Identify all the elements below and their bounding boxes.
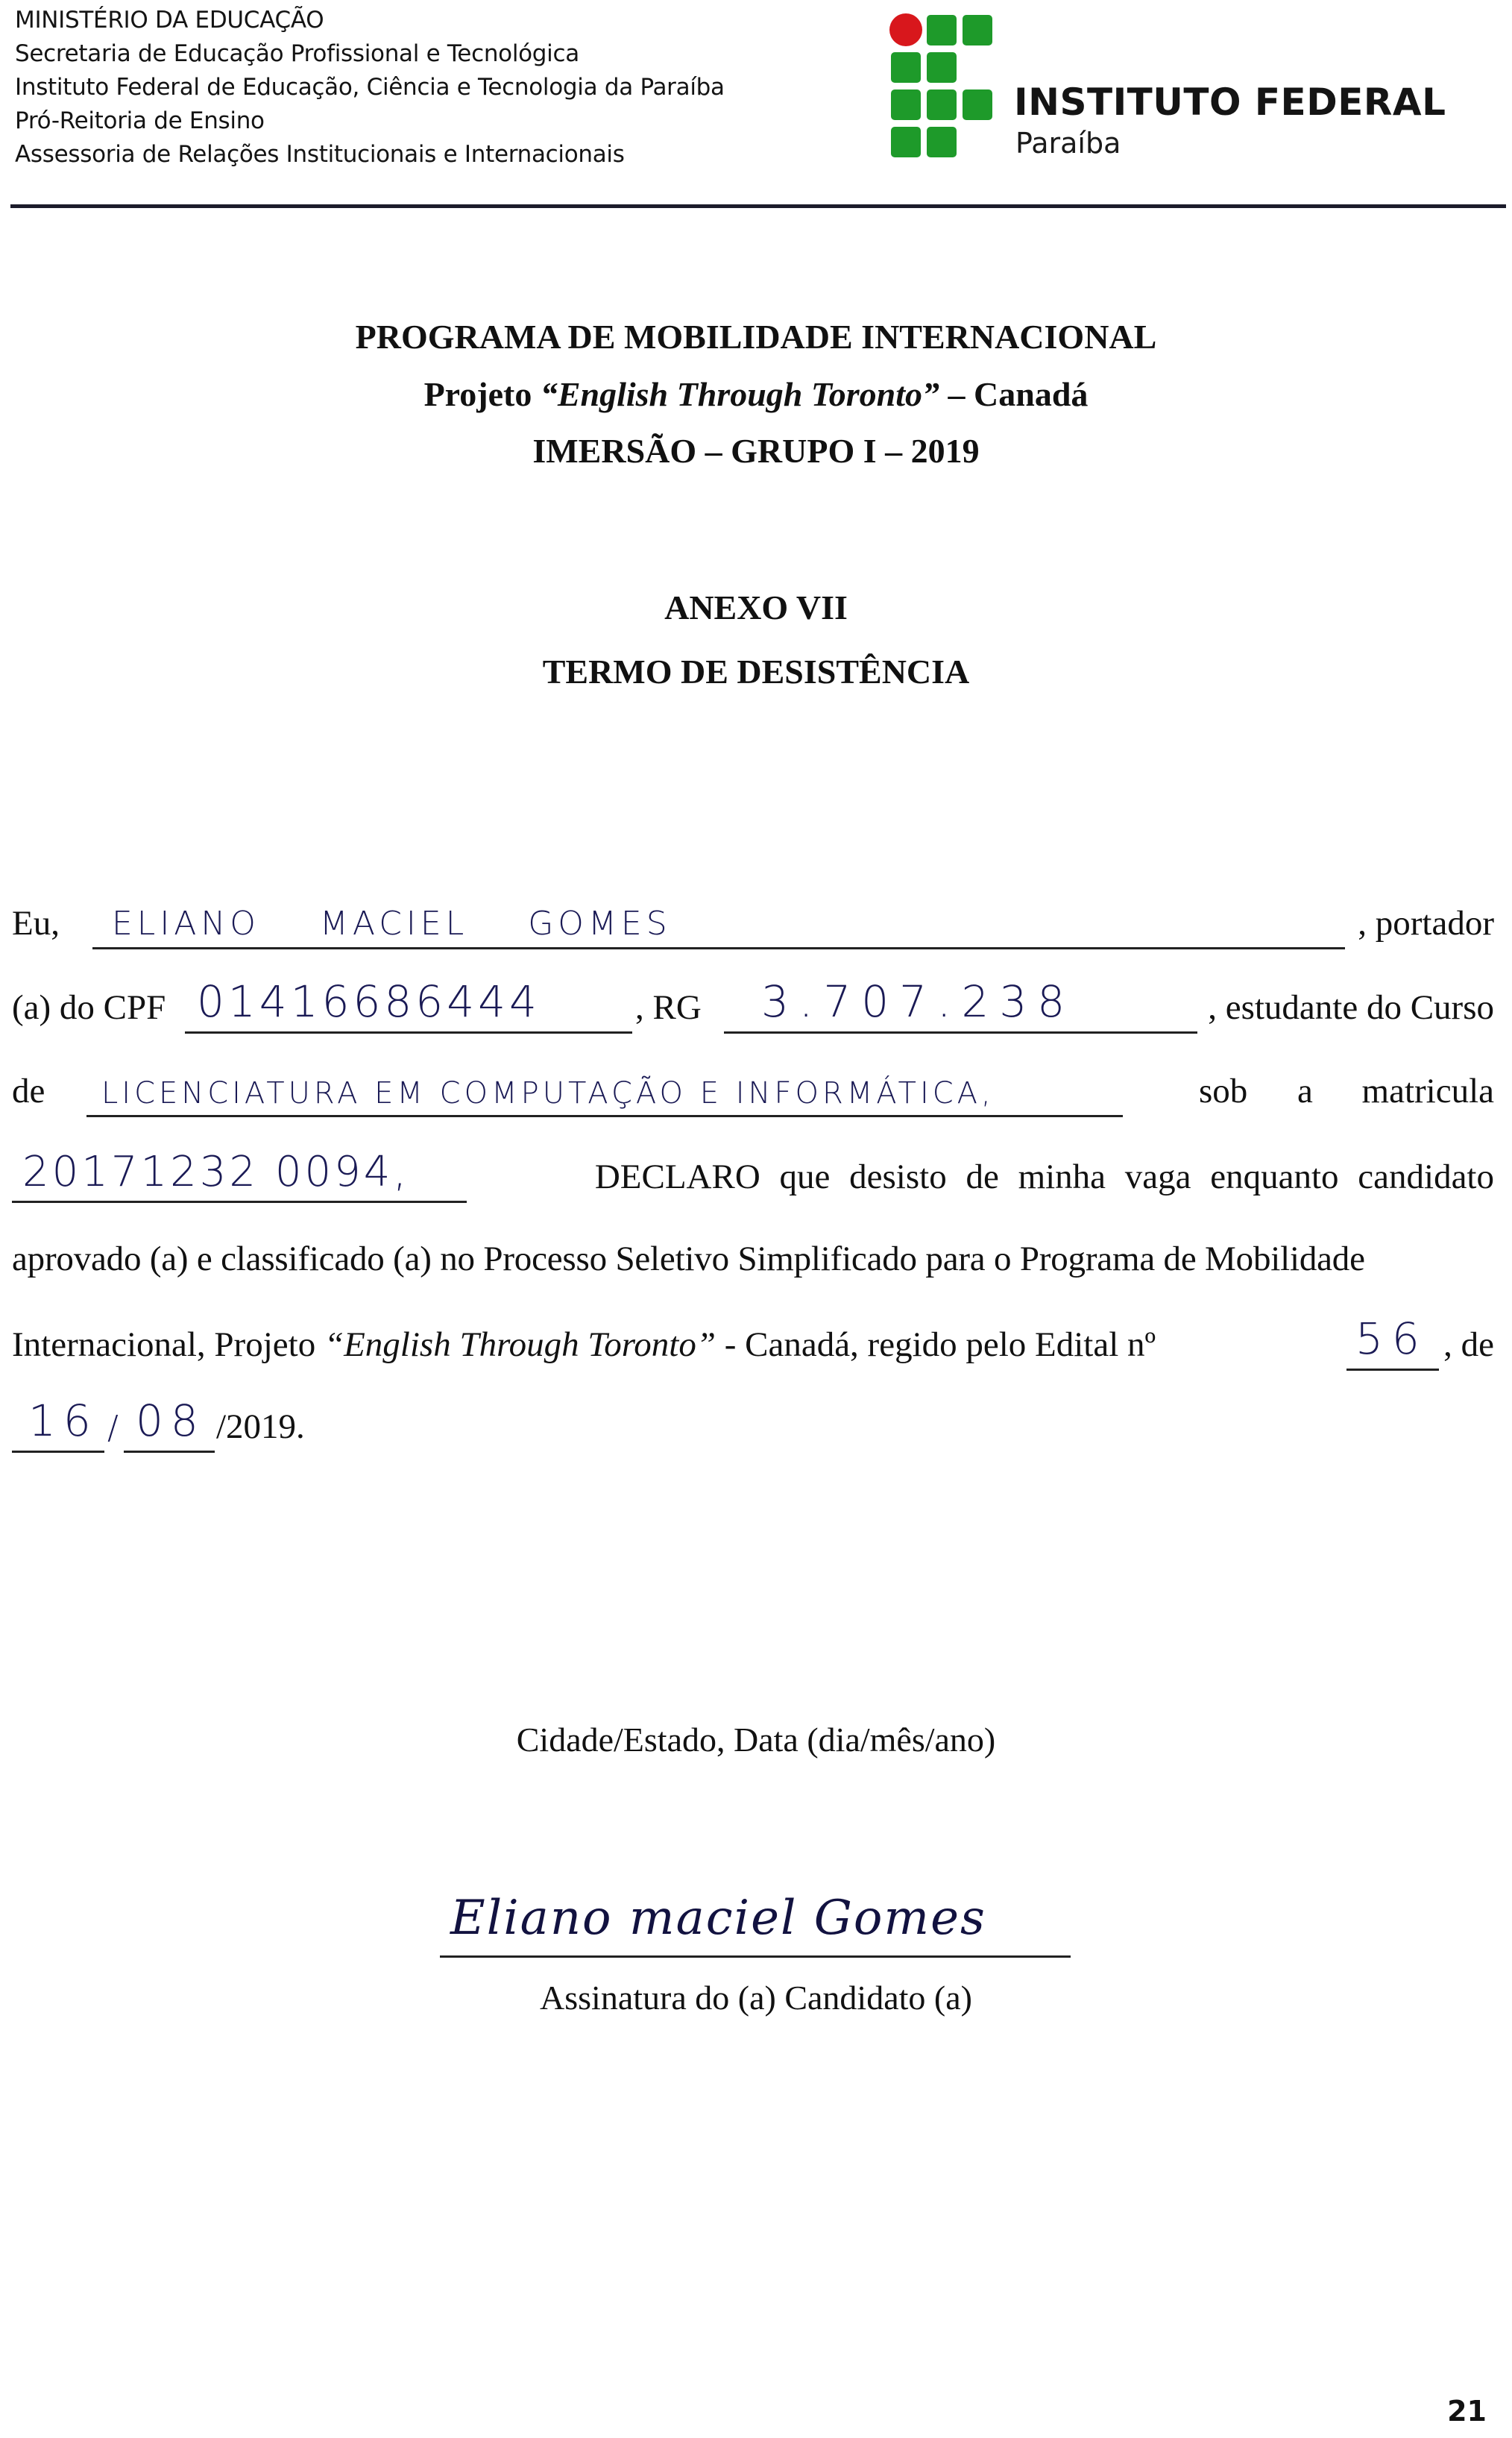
header-pro-rectory: Pró-Reitoria de Ensino bbox=[15, 104, 725, 138]
body-line-1: Eu, ELIANO MACIEL GOMES , portador bbox=[12, 899, 1494, 951]
edital-number-field[interactable]: 56 bbox=[1346, 1325, 1439, 1371]
month-field[interactable]: 08 bbox=[124, 1407, 215, 1453]
program-title: PROGRAMA DE MOBILIDADE INTERNACIONAL bbox=[0, 317, 1512, 356]
header-secretariat: Secretaria de Educação Profissional e Te… bbox=[15, 37, 725, 71]
group-title: IMERSÃO – GRUPO I – 2019 bbox=[0, 431, 1512, 471]
header-divider bbox=[10, 204, 1506, 208]
matricula-value: 20171232 0094, bbox=[22, 1148, 409, 1196]
header-advisory: Assessoria de Relações Institucionais e … bbox=[15, 138, 725, 172]
body-line-3: de LICENCIATURA EM COMPUTAÇÃO E INFORMÁT… bbox=[12, 1066, 1494, 1119]
candidate-signature: Eliano maciel Gomes bbox=[450, 1891, 986, 1946]
brand-title: INSTITUTO FEDERAL bbox=[1014, 81, 1446, 124]
header-institute: Instituto Federal de Educação, Ciência e… bbox=[15, 71, 725, 104]
day-value: 16 bbox=[28, 1395, 98, 1446]
body-line-7: 16 / 08 /2019. bbox=[12, 1402, 1494, 1454]
if-logo-icon bbox=[889, 13, 994, 157]
course-field[interactable]: LICENCIATURA EM COMPUTAÇÃO E INFORMÁTICA… bbox=[86, 1072, 1123, 1117]
place-date-label: Cidade/Estado, Data (dia/mês/ano) bbox=[0, 1720, 1512, 1759]
page-number: 21 bbox=[1447, 2395, 1487, 2428]
header-institution-block: MINISTÉRIO DA EDUCAÇÃO Secretaria de Edu… bbox=[15, 4, 725, 172]
month-value: 08 bbox=[136, 1395, 206, 1446]
body-line-4: 20171232 0094, DECLARO que desisto de mi… bbox=[12, 1152, 1494, 1204]
header-ministry: MINISTÉRIO DA EDUCAÇÃO bbox=[15, 4, 725, 37]
body-line-2: (a) do CPF 01416686444 , RG 3.707.238 , … bbox=[12, 983, 1494, 1035]
brand-subtitle: Paraíba bbox=[1015, 127, 1121, 160]
project-title: Projeto “English Through Toronto” – Cana… bbox=[0, 374, 1512, 414]
body-line-6: Internacional, Projeto “English Through … bbox=[12, 1320, 1494, 1372]
matricula-field[interactable]: 20171232 0094, bbox=[12, 1157, 467, 1203]
logo-red-dot bbox=[889, 13, 922, 46]
cpf-field[interactable]: 01416686444 bbox=[185, 988, 632, 1034]
term-title: TERMO DE DESISTÊNCIA bbox=[0, 652, 1512, 691]
cpf-value: 01416686444 bbox=[197, 976, 541, 1027]
edital-number-value: 56 bbox=[1355, 1313, 1428, 1364]
course-value: LICENCIATURA EM COMPUTAÇÃO E INFORMÁTICA… bbox=[101, 1076, 995, 1110]
rg-value: 3.707.238 bbox=[761, 976, 1075, 1027]
name-value: ELIANO MACIEL GOMES bbox=[112, 905, 672, 943]
rg-field[interactable]: 3.707.238 bbox=[724, 988, 1197, 1034]
name-field[interactable]: ELIANO MACIEL GOMES bbox=[92, 904, 1345, 949]
signature-line bbox=[440, 1955, 1071, 1958]
annex-title: ANEXO VII bbox=[0, 588, 1512, 627]
day-field[interactable]: 16 bbox=[12, 1407, 104, 1453]
project-name: “English Through Toronto” bbox=[541, 375, 939, 413]
body-line-5: aprovado (a) e classificado (a) no Proce… bbox=[12, 1234, 1494, 1286]
signature-label: Assinatura do (a) Candidato (a) bbox=[0, 1978, 1512, 2017]
